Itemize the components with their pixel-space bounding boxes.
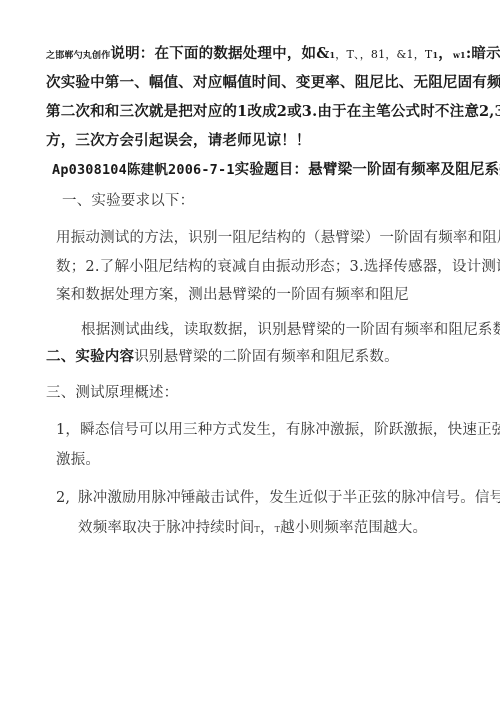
section2-heading: 实验内容	[75, 348, 134, 365]
student-code: Ap0308104陈建帆2006-7-1	[52, 162, 235, 178]
section1-para2: 根据测试曲线，读取数据，识别悬臂梁的一阶固有频率和阻尼系数。	[81, 320, 500, 340]
title-text: 实验题目：悬臂梁一阶固有频率及阻尼系数测试	[235, 161, 500, 178]
section3-item2-number: 2,	[56, 488, 70, 508]
intro-line-4: 方，三次方会引起误会，请老师见谅！！	[46, 131, 311, 151]
intro-line-1: 之邯郸勺丸创作说明：在下面的数据处理中，如&1，T、，81，&1，T1，w1:暗…	[46, 44, 500, 66]
section2-line: 二、实验内容识别悬臂梁的二阶固有频率和阻尼系数。	[46, 347, 399, 367]
section2-prefix: 二、	[46, 348, 75, 365]
section3-item1-line2: 激振。	[56, 450, 100, 470]
section1-heading: 一、实验要求以下：	[62, 191, 194, 211]
intro-label: 说明：	[110, 45, 154, 62]
section3-item2-line2: 效频率取决于脉冲持续时间T，T越小则频率范围越大。	[78, 518, 427, 540]
section2-text: 识别悬臂梁的二阶固有频率和阻尼系数。	[134, 349, 399, 365]
intro-line-2: 次实验中第一、幅值、对应幅值时间、变更率、阻尼比、无阻尼固有频率。	[46, 73, 500, 93]
section3-item1-line1: 1，瞬态信号可以用三种方式发生，有脉冲激振，阶跃激振，快速正弦扫描	[56, 420, 500, 440]
section1-para1-line2: 数；2.了解小阻尼结构的衰减自由振动形态；3.选择传感器，设计测试方	[56, 257, 500, 277]
section1-para1-line3: 案和数据处理方案，测出悬臂梁的一阶固有频率和阻尼	[56, 285, 409, 305]
author-tag: 之邯郸勺丸创作	[46, 51, 110, 61]
section1-para1-line1: 用振动测试的方法，识别一阻尼结构的（悬臂梁）一阶固有频率和阻尼系	[56, 228, 500, 248]
intro-line-3: 第二次和和三次就是把对应的1改成2或3.由于在主笔公式时不注意2,3与平	[46, 102, 500, 122]
experiment-title: Ap0308104陈建帆2006-7-1实验题目：悬臂梁一阶固有频率及阻尼系数测…	[52, 160, 500, 180]
section3-heading: 三、测试原理概述：	[46, 383, 178, 403]
section3-item2-line1: 脉冲激励用脉冲锤敲击试件，发生近似于半正弦的脉冲信号。信号的有	[78, 488, 500, 508]
